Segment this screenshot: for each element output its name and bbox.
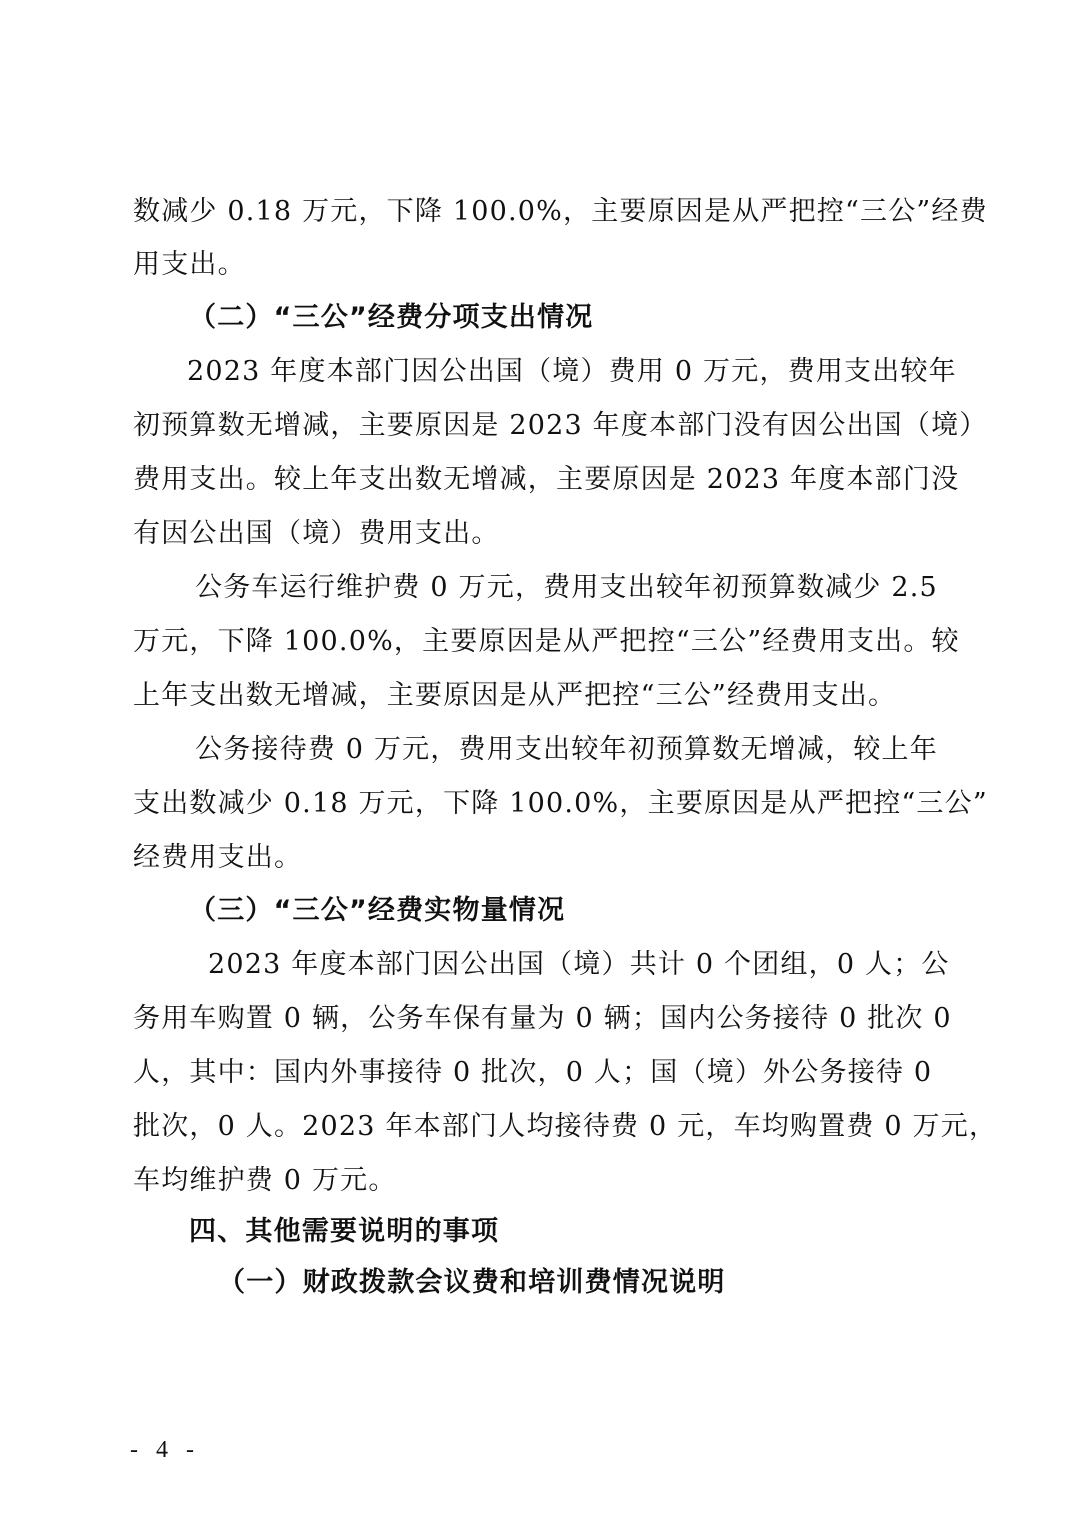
page-number: - 4 - — [130, 1437, 200, 1464]
section-heading: （二）“三公”经费分项支出情况 — [189, 298, 594, 338]
section-heading: （一）财政拨款会议费和培训费情况说明 — [218, 1263, 726, 1303]
chapter-heading: 四、其他需要说明的事项 — [189, 1212, 499, 1252]
body-line: 务用车购置 0 辆，公务车保有量为 0 辆；国内公务接待 0 批次 0 — [133, 999, 952, 1039]
body-line: 2023 年度本部门因公出国（境）费用 0 万元，费用支出较年 — [187, 352, 957, 392]
body-line: 批次，0 人。2023 年本部门人均接待费 0 元，车均购置费 0 万元， — [133, 1107, 997, 1147]
body-line: 有因公出国（境）费用支出。 — [133, 514, 500, 554]
body-line: 用支出。 — [133, 245, 246, 285]
body-line: 2023 年度本部门因公出国（境）共计 0 个团组，0 人；公 — [208, 945, 950, 985]
body-line: 车均维护费 0 万元。 — [133, 1161, 397, 1201]
body-line: 人，其中：国内外事接待 0 批次，0 人；国（境）外公务接待 0 — [133, 1053, 932, 1093]
body-line: 支出数减少 0.18 万元，下降 100.0%，主要原因是从严把控“三公” — [133, 784, 988, 824]
body-line: 公务车运行维护费 0 万元，费用支出较年初预算数减少 2.5 — [195, 568, 938, 608]
body-line: 上年支出数无增减，主要原因是从严把控“三公”经费用支出。 — [133, 676, 896, 716]
body-line: 初预算数无增减，主要原因是 2023 年度本部门没有因公出国（境） — [133, 406, 987, 446]
section-heading: （三）“三公”经费实物量情况 — [189, 891, 565, 931]
body-line: 数减少 0.18 万元，下降 100.0%，主要原因是从严把控“三公”经费 — [133, 192, 988, 232]
body-line: 公务接待费 0 万元，费用支出较年初预算数无增减，较上年 — [195, 730, 938, 770]
body-line: 万元，下降 100.0%，主要原因是从严把控“三公”经费用支出。较 — [133, 622, 960, 662]
body-line: 经费用支出。 — [133, 838, 302, 878]
body-line: 费用支出。较上年支出数无增减，主要原因是 2023 年度本部门没 — [133, 460, 959, 500]
